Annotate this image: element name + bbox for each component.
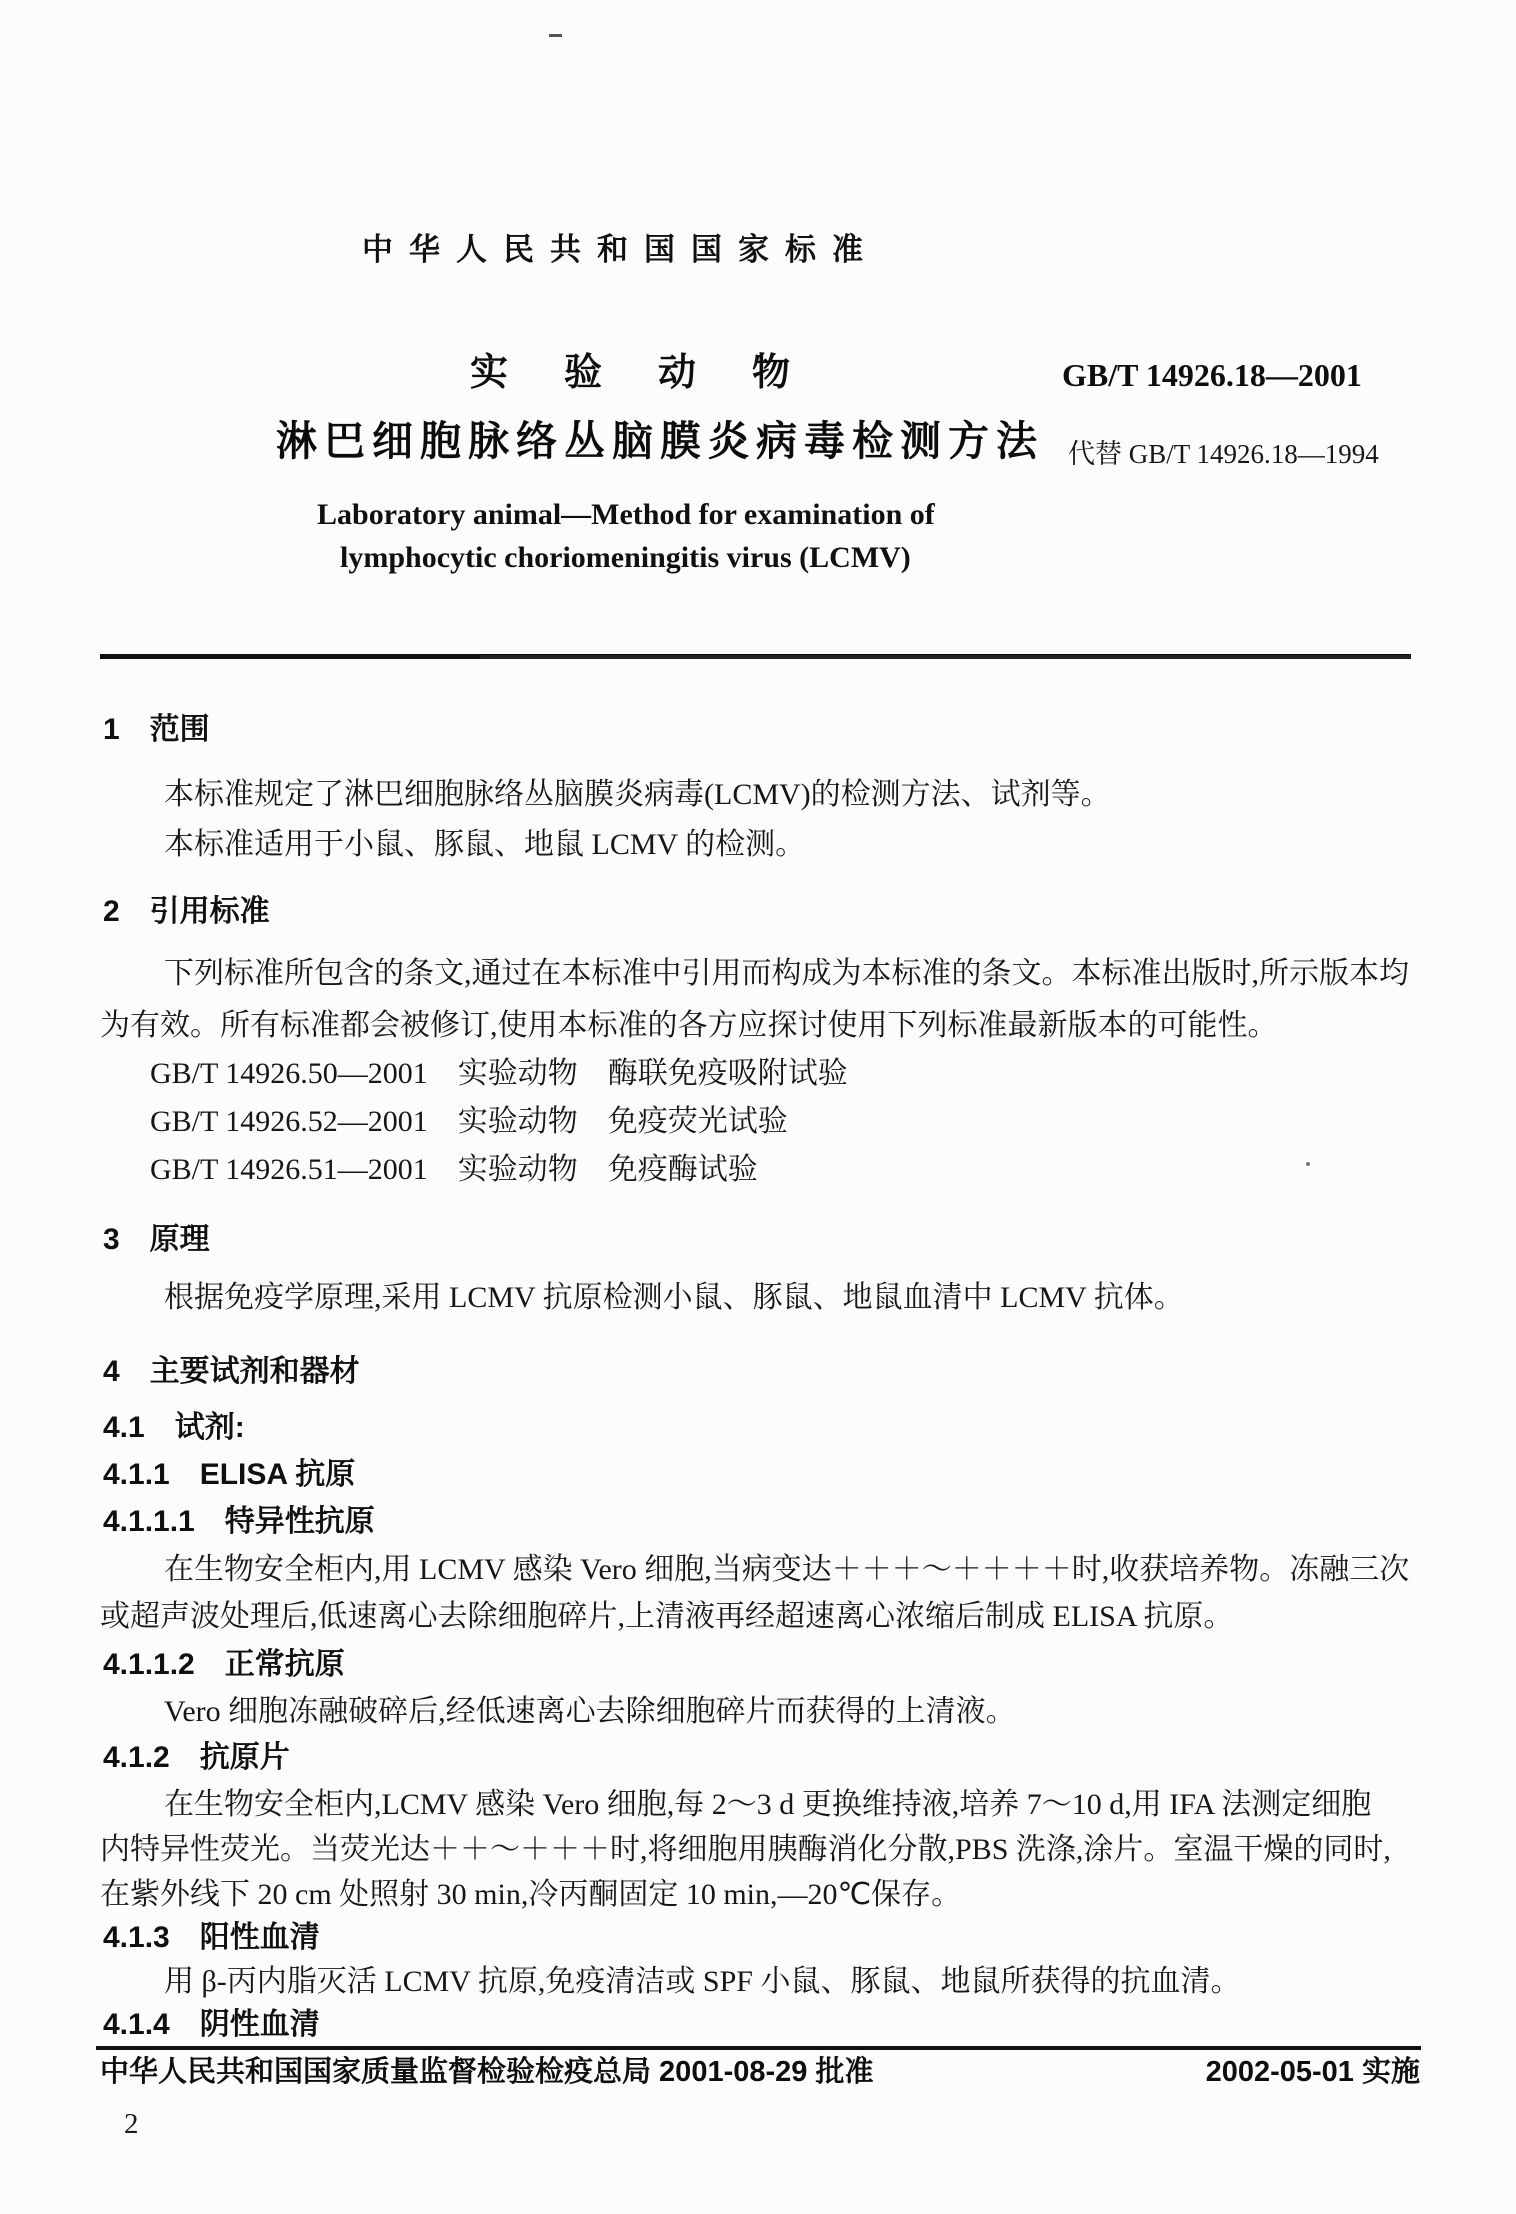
subsection-heading-4-1-1-1: 4.1.1.1 特异性抗原 <box>103 1501 375 1543</box>
subsection-heading-4-1-4: 4.1.4 阴性血清 <box>103 2004 320 2046</box>
referenced-standard: GB/T 14926.51—2001 实验动物 免疫酶试验 <box>150 1149 758 1191</box>
paragraph-line: 内特异性荧光。当荧光达＋＋～＋＋＋时,将细胞用胰酶消化分散,PBS 洗涤,涂片。… <box>100 1829 1391 1871</box>
subsection-heading-4-1-3: 4.1.3 阳性血清 <box>103 1917 320 1959</box>
section-heading-1: 1 范围 <box>103 709 210 751</box>
paragraph-line: 在生物安全柜内,LCMV 感染 Vero 细胞,每 2～3 d 更换维持液,培养… <box>164 1784 1371 1826</box>
page-number: 2 <box>124 2106 139 2142</box>
document-page: 中华人民共和国国家标准 实验动物 GB/T 14926.18—2001 淋巴细胞… <box>0 0 1516 2214</box>
paragraph-line: 在紫外线下 20 cm 处照射 30 min,冷丙酮固定 10 min,—20℃… <box>100 1874 961 1916</box>
scan-artifact-dash <box>549 34 562 37</box>
paragraph-line: 本标准适用于小鼠、豚鼠、地鼠 LCMV 的检测。 <box>164 824 805 866</box>
section-heading-3: 3 原理 <box>103 1219 210 1261</box>
paragraph-line: 或超声波处理后,低速离心去除细胞碎片,上清液再经超速离心浓缩后制成 ELISA … <box>100 1596 1233 1638</box>
footer-divider-rule <box>96 2046 1421 2050</box>
approval-statement: 中华人民共和国国家质量监督检验检疫总局 2001-08-29 批准 <box>100 2054 873 2090</box>
subsection-heading-4-1-2: 4.1.2 抗原片 <box>103 1737 290 1779</box>
standard-subtitle-cn: 淋巴细胞脉络丛脑膜炎病毒检测方法 <box>276 417 1044 465</box>
referenced-standard: GB/T 14926.52—2001 实验动物 免疫荧光试验 <box>150 1101 788 1143</box>
paragraph-line: 下列标准所包含的条文,通过在本标准中引用而构成为本标准的条文。本标准出版时,所示… <box>164 953 1409 995</box>
implementation-date: 2002-05-01 实施 <box>1206 2054 1420 2090</box>
replaces-note: 代替 GB/T 14926.18—1994 <box>1068 438 1379 470</box>
standard-number: GB/T 14926.18—2001 <box>1062 356 1362 394</box>
national-standard-banner: 中华人民共和国国家标准 <box>362 232 879 268</box>
scan-artifact-dot <box>1306 1162 1310 1166</box>
section-heading-2: 2 引用标准 <box>103 891 270 933</box>
subsection-heading-4-1-1-2: 4.1.1.2 正常抗原 <box>103 1644 345 1686</box>
section-heading-4: 4 主要试剂和器材 <box>103 1351 360 1393</box>
standard-title-cn: 实验动物 <box>470 350 846 396</box>
paragraph-line: 本标准规定了淋巴细胞脉络丛脑膜炎病毒(LCMV)的检测方法、试剂等。 <box>164 774 1111 816</box>
referenced-standard: GB/T 14926.50—2001 实验动物 酶联免疫吸附试验 <box>150 1053 848 1095</box>
subsection-heading-4-1-1: 4.1.1 ELISA 抗原 <box>103 1454 355 1496</box>
paragraph-line: 用 β-丙内脂灭活 LCMV 抗原,免疫清洁或 SPF 小鼠、豚鼠、地鼠所获得的… <box>164 1961 1240 2003</box>
standard-title-en-line2: lymphocytic choriomeningitis virus (LCMV… <box>340 540 911 576</box>
header-divider-rule <box>100 654 1411 659</box>
standard-title-en-line1: Laboratory animal—Method for examination… <box>317 497 935 533</box>
paragraph-line: Vero 细胞冻融破碎后,经低速离心去除细胞碎片而获得的上清液。 <box>164 1691 1016 1733</box>
paragraph-line: 根据免疫学原理,采用 LCMV 抗原检测小鼠、豚鼠、地鼠血清中 LCMV 抗体。 <box>164 1277 1184 1319</box>
paragraph-line: 在生物安全柜内,用 LCMV 感染 Vero 细胞,当病变达＋＋＋～＋＋＋＋时,… <box>164 1549 1409 1591</box>
subsection-heading-4-1: 4.1 试剂: <box>103 1407 245 1449</box>
paragraph-line: 为有效。所有标准都会被修订,使用本标准的各方应探讨使用下列标准最新版本的可能性。 <box>100 1005 1278 1047</box>
